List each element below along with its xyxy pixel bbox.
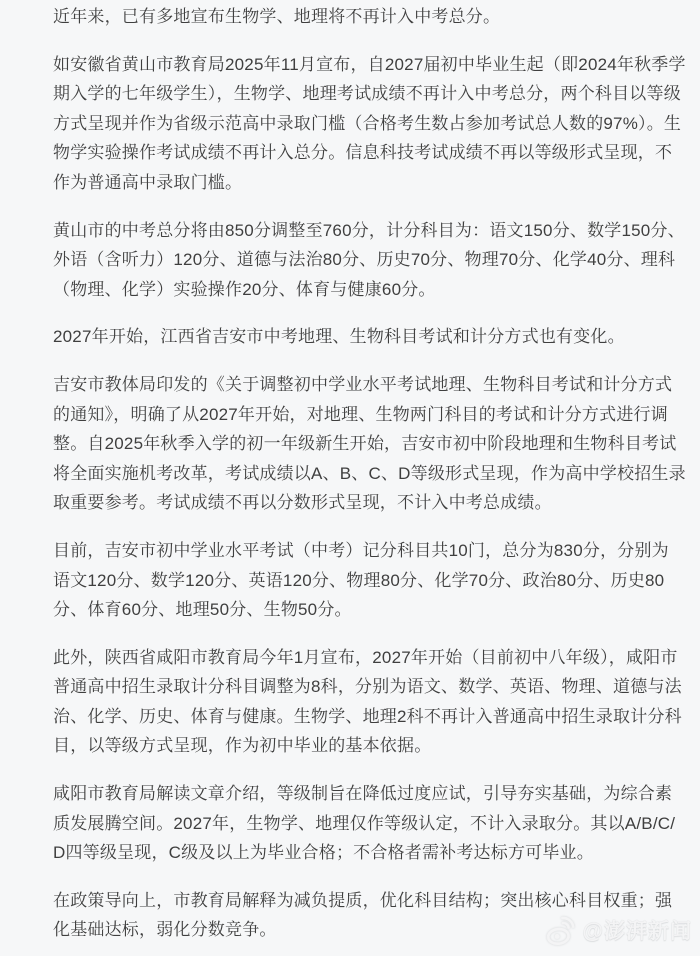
article-page: 近年来，已有多地宣布生物学、地理将不再计入中考总分。 如安徽省黄山市教育局202…: [0, 0, 700, 956]
paragraph: 此外，陕西省咸阳市教育局今年1月宣布，2027年开始（目前初中八年级），咸阳市普…: [53, 643, 686, 761]
paragraph: 2027年开始，江西省吉安市中考地理、生物科目考试和计分方式也有变化。: [53, 322, 686, 352]
paragraph: 咸阳市教育局解读文章介绍，等级制旨在降低过度应试，引导夯实基础，为综合素质发展腾…: [53, 779, 686, 868]
paragraph: 如安徽省黄山市教育局2025年11月宣布，自2027届初中毕业生起（即2024年…: [53, 50, 686, 198]
paragraph: 吉安市教体局印发的《关于调整初中学业水平考试地理、生物科目考试和计分方式的通知》…: [53, 370, 686, 518]
paragraph: 目前，吉安市初中学业水平考试（中考）记分科目共10门，总分为830分，分别为语文…: [53, 536, 686, 625]
article-body: 近年来，已有多地宣布生物学、地理将不再计入中考总分。 如安徽省黄山市教育局202…: [0, 0, 700, 945]
paragraph: 在政策导向上，市教育局解释为减负提质，优化科目结构；突出核心科目权重；强化基础达…: [53, 886, 686, 945]
paragraph: 近年来，已有多地宣布生物学、地理将不再计入中考总分。: [53, 2, 686, 32]
paragraph: 黄山市的中考总分将由850分调整至760分，计分科目为：语文150分、数学150…: [53, 216, 686, 305]
